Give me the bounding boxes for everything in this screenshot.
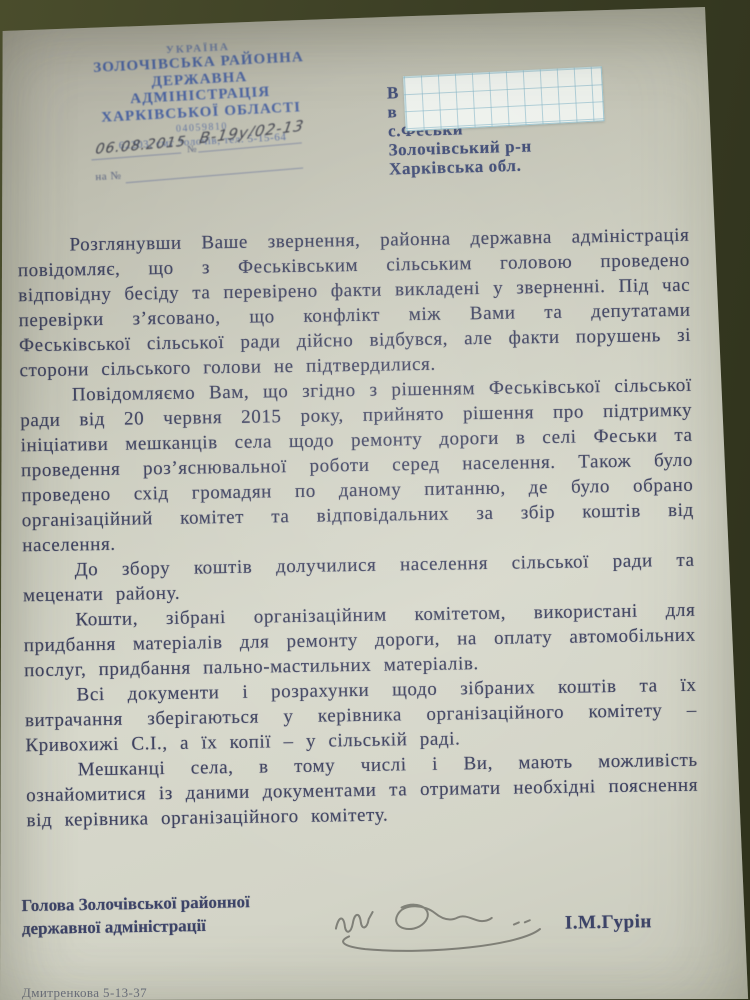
paragraph-2: Повідомляємо Вам, що згідно з рішенням Ф… [20, 373, 695, 559]
signature-scribble-icon [321, 887, 572, 969]
recipient-block: В в с.Феськи Золочівський р-н Харківська… [387, 77, 640, 179]
reply-rule-line [126, 167, 303, 183]
reply-to-label: на № [95, 170, 122, 183]
paragraph-1: Розглянувши Ваше звернення, районна держ… [17, 223, 691, 384]
signer-name: І.М.Гурін [565, 911, 652, 935]
redaction-grid-sticker [403, 66, 605, 131]
letter-body: Розглянувши Ваше звернення, районна держ… [17, 223, 698, 833]
number-label: № [187, 144, 197, 155]
signer-position-line2: державної адміністрації [22, 912, 312, 940]
signature-block: Голова Золочівської районної державної а… [21, 882, 722, 984]
signer-position: Голова Золочівської районної державної а… [21, 889, 312, 940]
letter-page: УКРАЇНА ЗОЛОЧІВСЬКА РАЙОННА ДЕРЖАВНА АДМ… [0, 0, 750, 1000]
letterhead: УКРАЇНА ЗОЛОЧІВСЬКА РАЙОННА ДЕРЖАВНА АДМ… [0, 0, 421, 218]
executor-contact: Дмитренкова 5-13-37 [22, 985, 147, 1000]
paragraph-5: Всі документи і розрахунки щодо зібраних… [24, 673, 697, 759]
paragraph-6: Мешканці села, в тому числі і Ви, мають … [26, 748, 699, 834]
paragraph-4: Кошти, зібрані організаційним комітетом,… [23, 598, 696, 684]
